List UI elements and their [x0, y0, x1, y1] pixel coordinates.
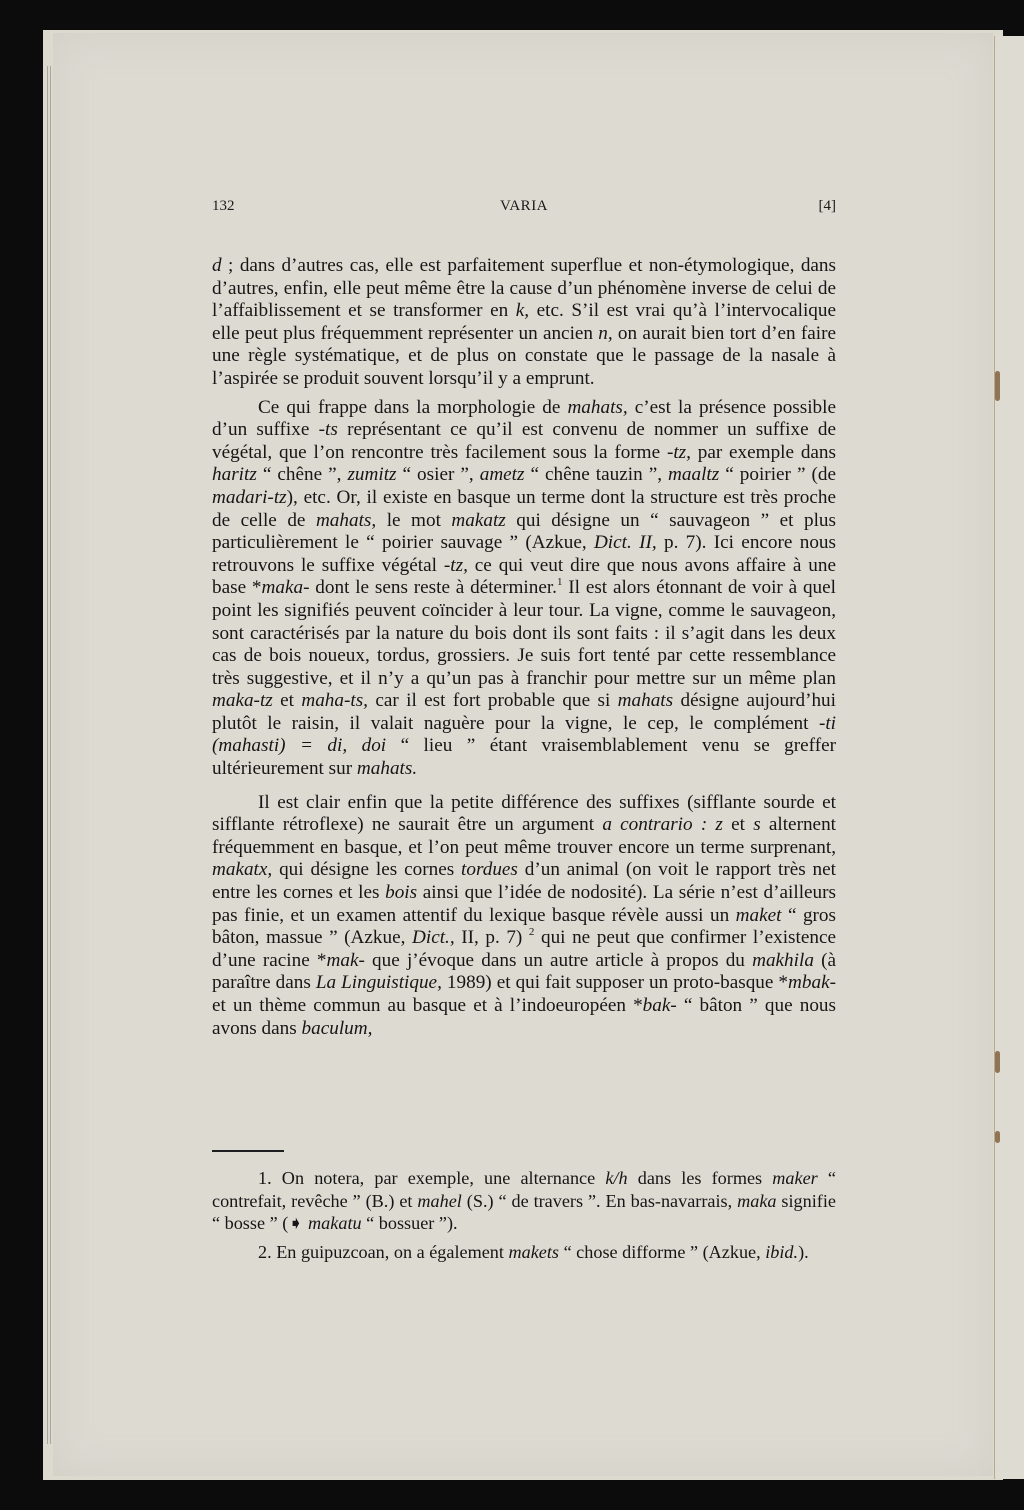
- text-run: 1. On notera, par exemple, une alternanc…: [258, 1168, 605, 1188]
- italic-term: maket: [736, 905, 782, 926]
- footnote: 2. En guipuzcoan, on a également makets …: [212, 1241, 836, 1264]
- italic-term: mahats,: [316, 510, 376, 531]
- italic-term: maha-ts,: [301, 690, 368, 711]
- running-title: VARIA: [212, 198, 836, 215]
- italic-term: -ts: [319, 419, 338, 440]
- text-run: que j’évoque dans un autre article à pro…: [365, 950, 752, 971]
- text-run: et: [273, 690, 302, 711]
- italic-term: makets: [509, 1242, 560, 1262]
- text-run: II, p. 7): [455, 927, 529, 948]
- italic-term: mbak-: [788, 972, 836, 993]
- italic-term: zumitz: [347, 464, 396, 485]
- italic-term: k/h: [605, 1168, 627, 1188]
- text-run: dans les formes: [628, 1168, 773, 1188]
- paragraph: Il est clair enfin que la petite différe…: [212, 792, 836, 1041]
- text-run: 2. En guipuzcoan, on a également: [258, 1242, 509, 1262]
- page-edge-line: [47, 66, 48, 1444]
- text-run: ).: [798, 1242, 809, 1262]
- foxing-stain: [995, 371, 1000, 401]
- text-run: 1989) et qui fait supposer un proto-basq…: [442, 972, 788, 993]
- italic-term: maker: [772, 1168, 817, 1188]
- text-run: et: [723, 814, 753, 835]
- page-edge-line: [50, 66, 51, 1444]
- text-run: le mot: [376, 510, 451, 531]
- paragraph: Ce qui frappe dans la morphologie de mah…: [212, 397, 836, 781]
- text-run: “ poirier ” (de: [719, 464, 836, 485]
- body-text: d ; dans d’autres cas, elle est parfaite…: [212, 255, 836, 1040]
- italic-term: bak-: [643, 995, 677, 1016]
- italic-term: mahats: [618, 690, 673, 711]
- italic-term: mak-: [327, 950, 365, 971]
- italic-term: ibid.: [765, 1242, 798, 1262]
- italic-term: makatz: [451, 510, 505, 531]
- footnotes: 1. On notera, par exemple, une alternanc…: [212, 1167, 836, 1269]
- italic-term: bois: [385, 882, 417, 903]
- foxing-stain: [995, 1131, 1000, 1143]
- italic-term: madari-tz: [212, 487, 287, 508]
- italic-term: ametz: [480, 464, 525, 485]
- italic-term: baculum,: [302, 1018, 373, 1039]
- italic-term: mahats.: [357, 758, 417, 779]
- italic-term: mahel: [417, 1191, 461, 1211]
- italic-term: Dict. II,: [594, 532, 657, 553]
- italic-term: La Linguistique,: [316, 972, 442, 993]
- paragraph: d ; dans d’autres cas, elle est parfaite…: [212, 255, 836, 391]
- text-run: car il est fort probable que si: [368, 690, 618, 711]
- italic-term: haritz: [212, 464, 257, 485]
- facing-page-edge: [995, 36, 1024, 1479]
- italic-term: makatu: [308, 1213, 362, 1233]
- italic-term: Dict.,: [412, 927, 455, 948]
- italic-term: maaltz: [668, 464, 719, 485]
- running-head: 132 VARIA [4]: [212, 198, 836, 218]
- text-run: et un thème commun au basque et à l’indo…: [212, 995, 643, 1016]
- text-run: “ chose difforme ” (Azkue,: [559, 1242, 765, 1262]
- italic-term: tordues: [461, 859, 518, 880]
- italic-term: a contrario : z: [602, 814, 723, 835]
- italic-term: k,: [516, 300, 529, 321]
- italic-term: -tz,: [444, 555, 468, 576]
- italic-term: maka: [737, 1191, 776, 1211]
- footnote: 1. On notera, par exemple, une alternanc…: [212, 1167, 836, 1235]
- italic-term: maka-tz: [212, 690, 273, 711]
- footnote-rule: [212, 1150, 284, 1152]
- italic-term: maka-: [262, 577, 310, 598]
- italic-term: makhila: [752, 950, 814, 971]
- text-run: “ chêne tauzin ”,: [524, 464, 668, 485]
- text-run: “ osier ”,: [397, 464, 480, 485]
- text-run: qui désigne les cornes: [272, 859, 461, 880]
- italic-term: n,: [598, 323, 612, 344]
- text-run: (S.) “ de travers ”. En bas-navarrais,: [462, 1191, 737, 1211]
- text-run: “ bossuer ”).: [362, 1213, 458, 1233]
- italic-term: mahats,: [567, 397, 627, 418]
- italic-term: d: [212, 255, 222, 276]
- foxing-stain: [995, 1051, 1000, 1073]
- italic-term: s: [753, 814, 760, 835]
- italic-term: makatx,: [212, 859, 272, 880]
- text-run: dont le sens reste à déterminer.: [309, 577, 557, 598]
- italic-term: -tz,: [667, 442, 691, 463]
- text-run: par exemple dans: [691, 442, 836, 463]
- section-number: [4]: [819, 198, 837, 215]
- text-run: Ce qui frappe dans la morphologie de: [258, 397, 567, 418]
- text-run: “ chêne ”,: [257, 464, 348, 485]
